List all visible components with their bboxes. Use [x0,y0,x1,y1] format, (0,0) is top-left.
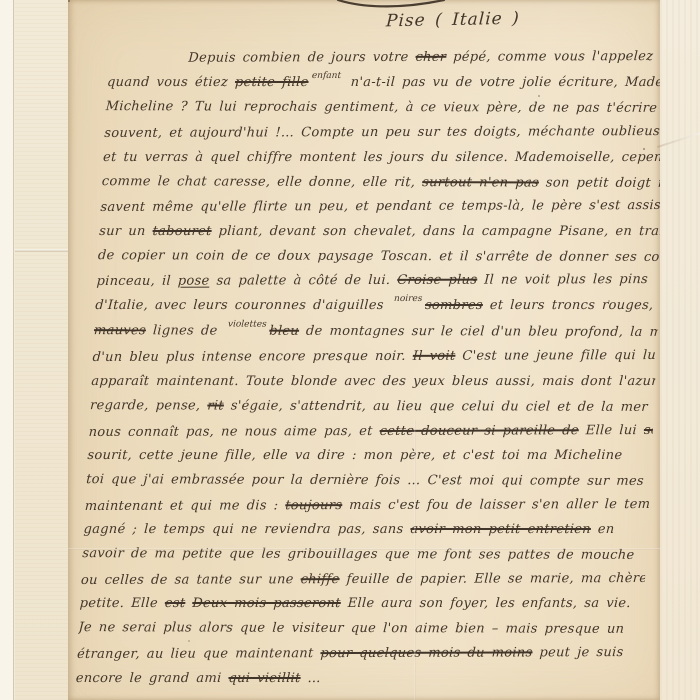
letter-line: étranger, au lieu que maintenant pour qu… [76,641,641,668]
letter-line: petite. Elle est Deux mois passeront Ell… [79,592,644,617]
letter-text: sa palette à côté de lui. [209,273,397,289]
letter-text: son petit doigt ne [539,175,660,190]
letter-text: ou celles de sa tante sur une [81,572,301,588]
letter-text-u: pose [177,274,209,289]
letter-text: petite. Elle [79,596,165,611]
letter-line: sourit, cette jeune fille, elle va dire … [87,444,652,469]
letter-text: de montagnes sur le ciel d'un bleu profo… [299,323,659,339]
letter-line: souvent, et aujourd'hui !… Compte un peu… [104,120,660,147]
letter-text: Micheline ? Tu lui reprochais gentiment,… [105,100,660,117]
letter-text-strike: rit [207,398,224,413]
letter-text: sourit, cette jeune fille, elle va dire … [87,448,623,463]
letter-text: nous connaît pas, ne nous aime pas, et [88,424,380,440]
letter-text-strike: sombres [425,298,484,313]
letter-line: d'Italie, avec leurs couronnes d'aiguill… [95,294,660,320]
letter-text: savent même qu'elle flirte un peu, et pe… [100,198,660,215]
letter-text-strike: cette douceur si pareille de [379,423,579,439]
letter-line: nous connaît pas, ne nous aime pas, et c… [88,419,653,446]
letter-text: regarde, pense, [90,398,208,413]
letter-line: gagné ; le temps qui ne reviendra pas, s… [83,518,648,543]
fold-crease-paper-horizontal [68,548,660,550]
letter-text: Elle aura son foyer, les enfants, sa vie… [340,596,631,611]
ink-specks [68,0,70,2]
letter-text: s'égaie, s'attendrit, au lieu que celui … [223,398,654,414]
letter-text: pinceau, il [96,274,178,289]
letter-text: encore le grand ami [75,671,228,686]
letter-text: n'a-t-il pas vu de votre jolie écriture,… [343,75,660,90]
letter-line: sur un tabouret pliant, devant son cheva… [98,220,660,245]
letter-text: pliant, devant son chevalet, dans la cam… [211,224,660,239]
letter-text-strike: sou [644,423,654,438]
letter-text: et tu verras à quel chiffre montent les … [103,150,660,165]
letter-line: ou celles de sa tante sur une chiffe feu… [80,567,645,594]
letter-text: gagné ; le temps qui ne reviendra pas, s… [83,522,411,537]
letter-text: quand vous étiez [107,75,236,90]
letter-text: toi que j'ai embrassée pour la dernière … [86,472,651,489]
letter-dateline: Pise ( Italie ) [386,9,521,32]
fold-crease-right-strip [657,130,700,148]
letter-text-strike: bleu [269,323,300,338]
letter-text-ins: enfant [312,71,342,81]
letter-text: Il ne voit plus les pins [477,272,649,288]
letter-text: peut je suis [532,645,624,660]
letter-line: d'un bleu plus intense encore presque no… [92,344,657,371]
letter-text-strike: est [164,596,185,611]
letter-line: encore le grand ami qui vieillit … [75,667,640,692]
letter-line: Je ne serai plus alors que le visiteur q… [78,616,643,642]
letter-text: comme le chat caresse, elle donne, elle … [101,174,422,190]
letter-text: de copier un coin de ce doux paysage Tos… [98,248,660,265]
letter-line: maintenant et qui me dis : toujours mais… [84,493,649,520]
letter-line: et tu verras à quel chiffre montent les … [102,146,660,171]
letter-line: mauves lignes de violettesbleu de montag… [93,319,658,346]
letter-text: lignes de [146,323,225,338]
fold-crease-left-strip [15,249,68,252]
letter-text: … [300,671,321,686]
letter-text-strike: Il voit [412,349,455,364]
letter-text-strike: pour quelques mois du moins [320,645,533,661]
letter-text: sur un [99,224,153,239]
letter-text-ins: noires [394,294,423,304]
letter-text-strike: surtout n'en pas [422,175,540,190]
background-sheet-right [660,0,700,700]
letter-line: regarde, pense, rit s'égaie, s'attendrit… [89,394,654,420]
letter-text-strike: Deux mois passeront [192,596,341,611]
letter-text: souvent, et aujourd'hui !… Compte un peu… [104,124,660,141]
background-sheet-edge-left [0,0,14,700]
letter-text-strike: cher [415,50,447,65]
letter-text: d'Italie, avec leurs couronnes d'aiguill… [95,298,391,313]
letter-text: Depuis combien de jours votre [188,50,416,66]
letter-text: pépé, comme vous l'appelez [446,49,654,65]
letter-text: Je ne serai plus alors que le visiteur q… [78,620,625,637]
letter-page: Pise ( Italie ) Depuis combien de jours … [68,0,660,700]
letter-line: toi que j'ai embrassée pour la dernière … [85,468,650,494]
letter-text-strike: mauves [94,323,147,338]
letter-line: de copier un coin de ce doux paysage Tos… [97,244,660,270]
letter-text-strike: qui vieillit [228,671,301,686]
letter-text-strike: Croise plus [397,273,478,288]
letter-line: pinceau, il pose sa palette à côté de lu… [96,268,660,295]
letter-text-strike: chiffe [300,572,340,587]
letter-photograph: Pise ( Italie ) Depuis combien de jours … [0,0,700,700]
letter-text: maintenant et qui me dis : [84,498,285,514]
letter-text-strike: avoir mon petit entretien [410,522,591,537]
letter-line: quand vous étiez petite filleenfant n'a-… [106,71,660,97]
letter-text: apparaît maintenant. Toute blonde avec d… [91,374,656,389]
letter-text-strike: petite fille [235,75,309,90]
background-sheet-left [15,0,68,700]
letter-line: savoir de ma petite que les gribouillage… [82,542,647,568]
letter-text: C'est une jeune fille qui lui [455,348,657,364]
letter-line: comme le chat caresse, elle donne, elle … [101,170,660,196]
fold-crease-paper-vertical [414,420,416,700]
letter-text: et leurs troncs rouges, les [482,298,659,313]
letter-text: Elle lui [578,423,644,438]
letter-text-strike: toujours [285,498,343,513]
letter-text-ins: violettes [228,319,267,329]
letter-line: savent même qu'elle flirte un peu, et pe… [100,194,660,221]
letter-text: feuille de papier. Elle se marie, ma chè… [339,571,645,587]
letter-text: d'un bleu plus intense encore presque no… [92,349,413,365]
letter-text: en [590,522,614,537]
letter-body: Depuis combien de jours votre cher pépé,… [75,46,660,691]
letter-text-strike: tabouret [152,224,212,239]
letter-line: apparaît maintenant. Toute blonde avec d… [91,370,656,395]
letter-line: Micheline ? Tu lui reprochais gentiment,… [105,96,660,122]
letter-text: mais c'est fou de laisser s'en aller le … [342,497,650,513]
letter-line: Depuis combien de jours votre cher pépé,… [108,45,660,72]
letter-text: étranger, au lieu que maintenant [77,646,321,662]
